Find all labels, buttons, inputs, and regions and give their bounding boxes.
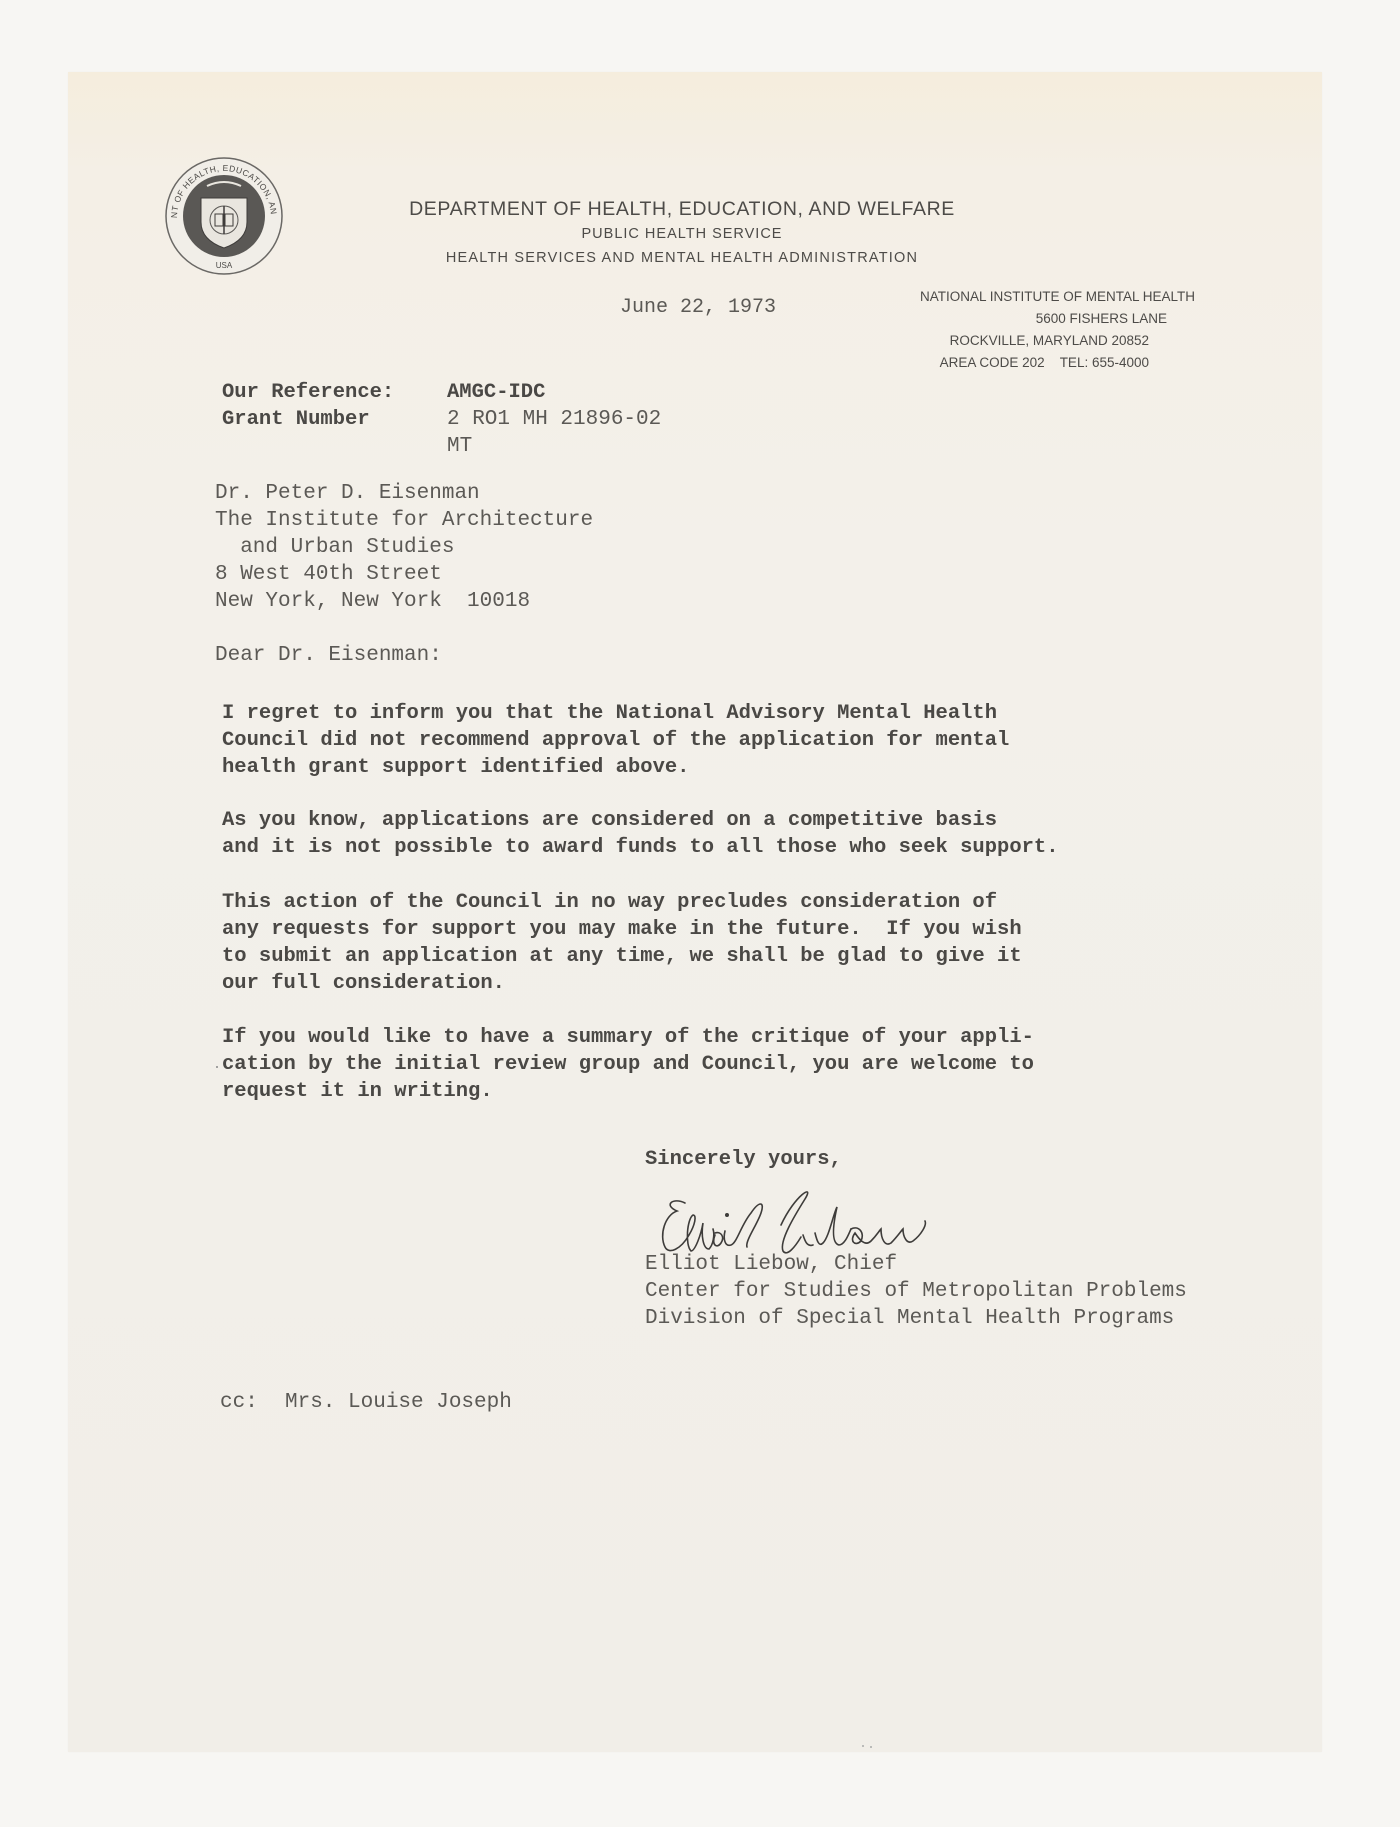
typewriter-mark [216,1066,218,1068]
sender-phone: AREA CODE 202 TEL: 655-4000 [855,352,1195,374]
recipient-street: 8 West 40th Street [215,561,593,588]
signer-title-center: Center for Studies of Metropolitan Probl… [645,1280,1187,1303]
cc-label: cc: [220,1391,258,1414]
recipient-name: Dr. Peter D. Eisenman [215,480,593,507]
grant-number-suffix: MT [447,435,472,458]
body-line: If you would like to have a summary of t… [222,1024,1034,1051]
signer-name: Elliot Liebow, Chief [645,1253,897,1276]
paper-speck [862,1745,864,1747]
letterhead-department: DEPARTMENT OF HEALTH, EDUCATION, AND WEL… [372,198,992,221]
body-line: As you know, applications are considered… [222,807,1059,834]
recipient-city: New York, New York 10018 [215,588,593,615]
letter-date: June 22, 1973 [620,296,776,319]
valediction: Sincerely yours, [645,1148,842,1171]
body-line: to submit an application at any time, we… [222,943,1022,970]
reference-label: Our Reference: [222,381,394,404]
svg-text:USA: USA [216,261,233,270]
salutation: Dear Dr. Eisenman: [215,642,442,669]
recipient-organization-cont: and Urban Studies [215,534,593,561]
body-line: health grant support identified above. [222,754,1009,781]
body-paragraph-1: I regret to inform you that the National… [222,700,1009,781]
sender-city: ROCKVILLE, MARYLAND 20852 [855,330,1195,352]
signer-title-division: Division of Special Mental Health Progra… [645,1307,1174,1330]
body-paragraph-3: This action of the Council in no way pre… [222,889,1022,997]
body-line: This action of the Council in no way pre… [222,889,1022,916]
recipient-address: Dr. Peter D. Eisenman The Institute for … [215,480,593,615]
paper-speck [870,1746,872,1748]
body-paragraph-2: As you know, applications are considered… [222,807,1059,861]
body-paragraph-4: If you would like to have a summary of t… [222,1024,1034,1105]
body-line: our full consideration. [222,970,1022,997]
body-line: request it in writing. [222,1078,1034,1105]
sender-institute: NATIONAL INSTITUTE OF MENTAL HEALTH [855,286,1195,308]
recipient-organization: The Institute for Architecture [215,507,593,534]
body-line: any requests for support you may make in… [222,916,1022,943]
hew-seal-icon: DEPARTMENT OF HEALTH, EDUCATION, AND WEL… [163,156,285,276]
sender-street: 5600 FISHERS LANE [855,308,1195,330]
reference-value: AMGC-IDC [447,381,545,404]
body-line: Council did not recommend approval of th… [222,727,1009,754]
body-line: cation by the initial review group and C… [222,1051,1034,1078]
cc-recipient: Mrs. Louise Joseph [285,1391,512,1414]
letterhead-administration: HEALTH SERVICES AND MENTAL HEALTH ADMINI… [372,250,992,266]
body-line: I regret to inform you that the National… [222,700,1009,727]
sender-address: NATIONAL INSTITUTE OF MENTAL HEALTH 5600… [855,286,1195,374]
letterhead-service: PUBLIC HEALTH SERVICE [372,226,992,242]
body-line: and it is not possible to award funds to… [222,834,1059,861]
grant-number-label: Grant Number [222,408,370,431]
grant-number-value: 2 RO1 MH 21896-02 [447,408,661,431]
